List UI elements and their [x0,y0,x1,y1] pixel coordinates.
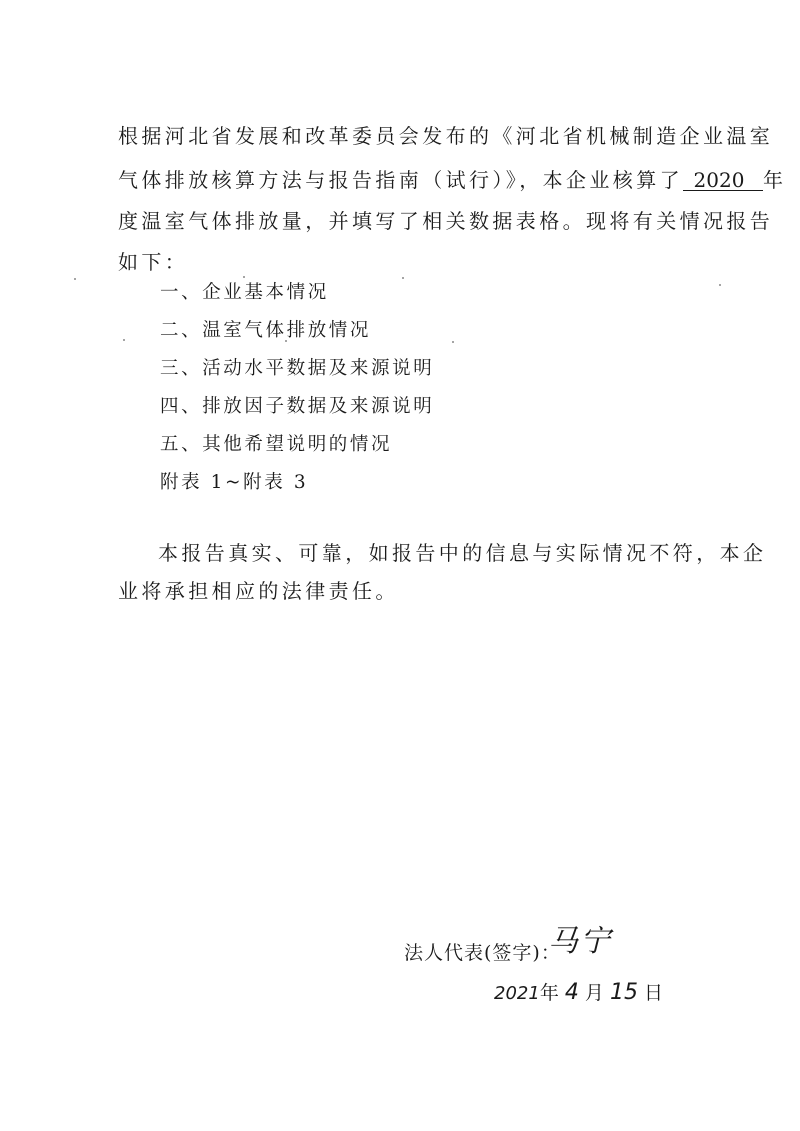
contents-item-5: 五、其他希望说明的情况 [160,433,392,457]
contents-item-3: 三、活动水平数据及来源说明 [160,357,434,381]
day-label: 日 [644,982,663,1004]
intro-line-2b: 年 [763,168,786,192]
date-year: 2021 [494,983,540,1004]
declaration-line-1: 本报告真实、可靠，如报告中的信息与实际情况不符，本企 [158,541,766,565]
contents-item-1: 一、企业基本情况 [160,281,329,305]
appendix-range: 附表 1~附表 3 [160,471,308,495]
signature-label: 法人代表(签字)： [404,941,561,965]
scan-speck [719,284,721,286]
year-label: 年 [540,982,559,1004]
intro-line-1: 根据河北省发展和改革委员会发布的《河北省机械制造企业温室 [118,124,773,148]
year-field: 2020 [683,170,763,191]
scan-speck [452,341,454,343]
intro-line-3: 度温室气体排放量，并填写了相关数据表格。现将有关情况报告 [118,209,773,233]
scan-speck [74,278,76,280]
intro-line-2a: 气体排放核算方法与报告指南（试行）》，本企业核算了 [118,168,683,192]
contents-item-2: 二、温室气体排放情况 [160,319,371,343]
scan-speck [402,277,404,279]
scan-speck [243,276,245,278]
month-label: 月 [585,982,604,1004]
date-month: 4 [565,980,579,1005]
intro-line-4: 如下： [118,250,188,274]
intro-line-2: 气体排放核算方法与报告指南（试行）》，本企业核算了2020年 [118,168,786,192]
signature-date: 2021年 4 月 15 日 [494,981,663,1006]
handwritten-signature: 马宁 [548,930,612,954]
declaration-line-2: 业将承担相应的法律责任。 [118,579,399,603]
contents-item-4: 四、排放因子数据及来源说明 [160,395,434,419]
date-day: 15 [610,980,638,1005]
scan-speck [123,339,125,341]
scan-speck [285,340,287,342]
